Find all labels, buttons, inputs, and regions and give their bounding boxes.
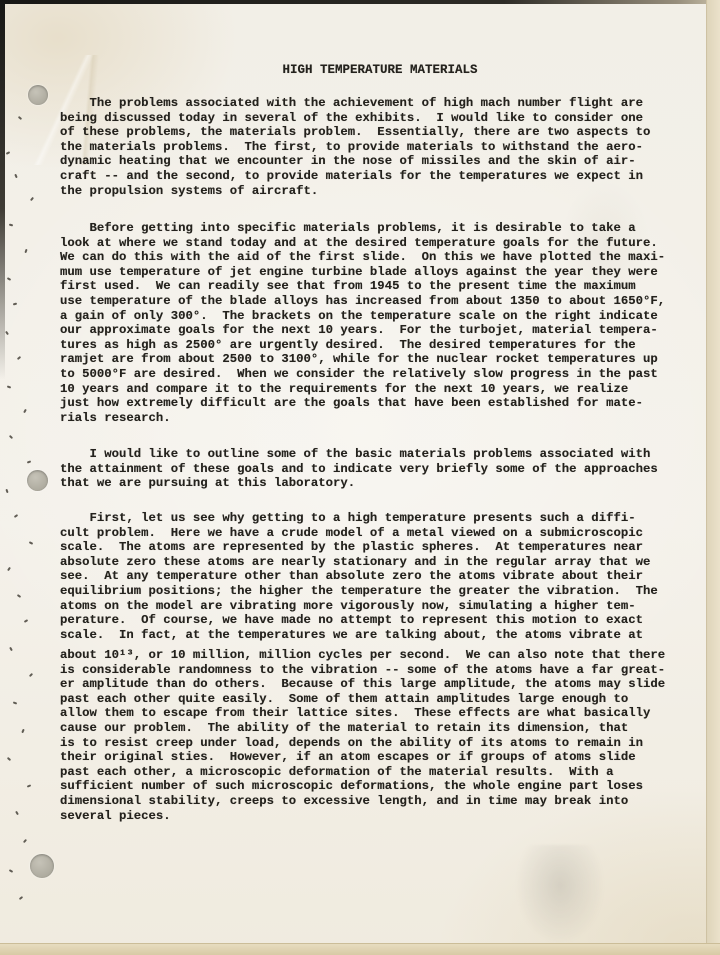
punch-hole-top	[28, 85, 48, 105]
punch-hole-bottom	[30, 854, 54, 878]
paragraph-3: I would like to outline some of the basi…	[60, 447, 658, 491]
paragraph-2: Before getting into specific materials p…	[60, 221, 665, 425]
document-title: HIGH TEMPERATURE MATERIALS	[80, 63, 680, 77]
paragraph-4-part-2: about 10¹³, or 10 million, million cycle…	[60, 648, 665, 823]
paper-smudge	[515, 845, 605, 945]
punch-hole-middle	[27, 470, 48, 491]
paragraph-4-part-1: First, let us see why getting to a high …	[60, 511, 658, 642]
scan-edge-bottom	[0, 943, 720, 955]
scan-edge-left	[0, 0, 5, 380]
paragraph-1: The problems associated with the achieve…	[60, 96, 650, 198]
scanned-page: HIGH TEMPERATURE MATERIALS The problems …	[0, 0, 720, 955]
scan-edge-top	[0, 0, 720, 4]
scan-edge-right	[706, 0, 720, 955]
